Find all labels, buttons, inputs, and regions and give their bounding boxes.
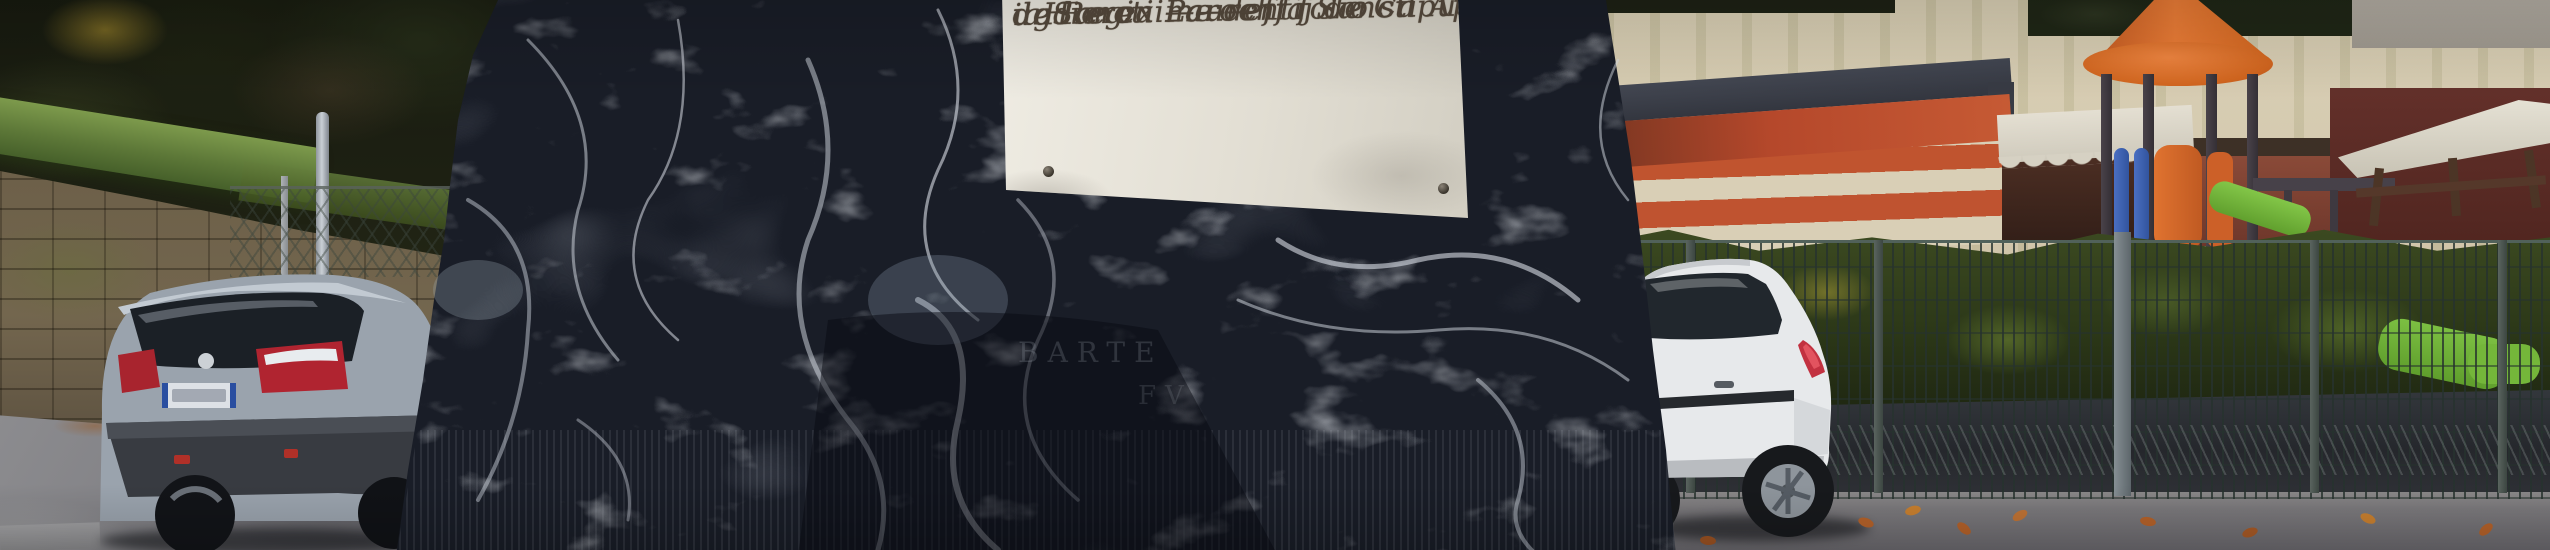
playground-post xyxy=(2247,74,2258,262)
playground-orange-panel xyxy=(2154,145,2202,251)
light-stone-ledge xyxy=(433,260,523,320)
plaque-line-4: de Regia ——— xyxy=(1012,0,1258,42)
silver-car-reflector-right xyxy=(284,449,298,458)
plaque-bolt-right xyxy=(1438,183,1449,194)
silver-car-tail-light-left xyxy=(118,349,160,393)
engraving-fragment-2: FV xyxy=(1138,381,1193,411)
concrete-wall-top-right xyxy=(2352,0,2550,48)
fence-post-large xyxy=(2114,232,2131,496)
license-plate-smudge xyxy=(172,389,226,402)
marble-plaque: ia Sancti Laurentij de Capurna d Hieroni… xyxy=(998,0,1472,222)
plaque-bolt-left xyxy=(1043,166,1054,177)
photo-canvas: BARTE FV ia Sancti Laurentij de Capurna … xyxy=(0,0,2550,550)
white-car-door-handle xyxy=(1714,381,1734,388)
fence-post xyxy=(2498,240,2507,493)
plaque-inscription: ia Sancti Laurentij de Capurna d Hieroni… xyxy=(1012,0,1457,222)
fence-post xyxy=(2310,240,2319,493)
fence-post xyxy=(1874,240,1883,493)
playground-post xyxy=(2101,74,2112,262)
license-plate-eu-band-left xyxy=(162,383,168,408)
silver-car-emblem xyxy=(198,353,214,369)
playground-blue-bar xyxy=(2134,148,2149,244)
silver-car-tail-light-right xyxy=(256,341,348,393)
playground-hanger-bar xyxy=(2330,190,2338,232)
engraving-fragment-1: BARTE xyxy=(1018,336,1164,369)
license-plate-eu-band-right xyxy=(230,383,236,408)
playground-blue-bar xyxy=(2114,148,2129,244)
silver-car-reflector-left xyxy=(174,455,190,464)
curb-stone xyxy=(0,522,100,550)
